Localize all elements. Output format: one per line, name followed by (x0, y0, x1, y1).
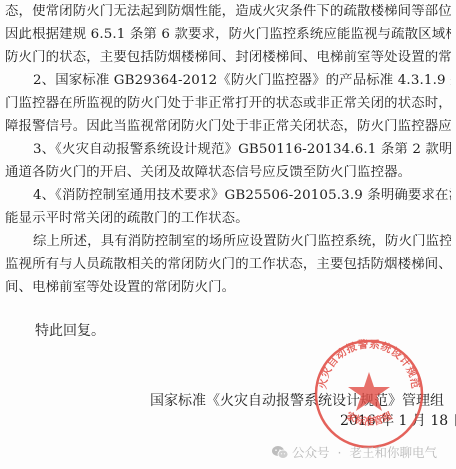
text-line: 门监控器在所监视的防火门处于非正常打开的状态或非正常关闭的状态时，应发出故 (5, 96, 451, 112)
summary-paragraph-start: 综上所述，具有消防控制室的场所应设置防火门监控系统，防火门监控系统应 (33, 234, 451, 250)
text-line: 障报警信号。因此当监视常闭防火门处于非正常关闭状态，防火门监控器应提示关闭。 (5, 119, 451, 135)
paragraph-4-start: 4、《消防控制室通用技术要求》GB25506-20105.3.9 条明确要求在消… (33, 188, 451, 204)
text-line: 间、电梯前室等处设置的常闭防火门。 (5, 280, 451, 296)
watermark: 公众号 · 老王和你聊电气 (272, 443, 437, 461)
text-line: 因此根据建规 6.5.1 条第 6 款要求，防火门监控系统应能监视与疏散区域相关… (5, 27, 451, 43)
star-icon (348, 372, 390, 411)
text-line: 能显示平时常关闭的疏散门的工作状态。 (5, 211, 451, 227)
watermark-separator: · (338, 445, 342, 460)
closing-remark: 特此回复。 (35, 323, 105, 339)
paragraph-3-start: 3、《火灾自动报警系统设计规范》GB50116-20134.6.1 条第 2 款… (33, 142, 451, 158)
watermark-account: 老王和你聊电气 (350, 443, 438, 461)
official-seal-stamp: 火灾自动报警系统设计规范 国家标准管理组 (313, 338, 425, 450)
text-line: 通道各防火门的开启、关闭及故障状态信号应反馈至防火门监控器。 (5, 165, 451, 181)
wechat-icon (272, 446, 288, 459)
document-page: 态，使常闭防火门无法起到防烟性能，造成火灾条件下的疏散楼梯间等部位充满烟气， 因… (0, 0, 456, 469)
text-line: 态，使常闭防火门无法起到防烟性能，造成火灾条件下的疏散楼梯间等部位充满烟气， (5, 4, 451, 20)
text-line: 监视所有与人员疏散相关的常闭防火门的工作状态，主要包括防烟楼梯间、封闭楼梯 (5, 257, 451, 273)
watermark-label: 公众号 (292, 443, 330, 461)
paragraph-2-start: 2、国家标准 GB29364-2012《防火门监控器》的产品标准 4.3.1.9… (33, 73, 451, 89)
text-line: 防火门的状态，主要包括防烟楼梯间、封闭楼梯间、电梯前室等处设置的常闭防火门。 (5, 50, 451, 66)
